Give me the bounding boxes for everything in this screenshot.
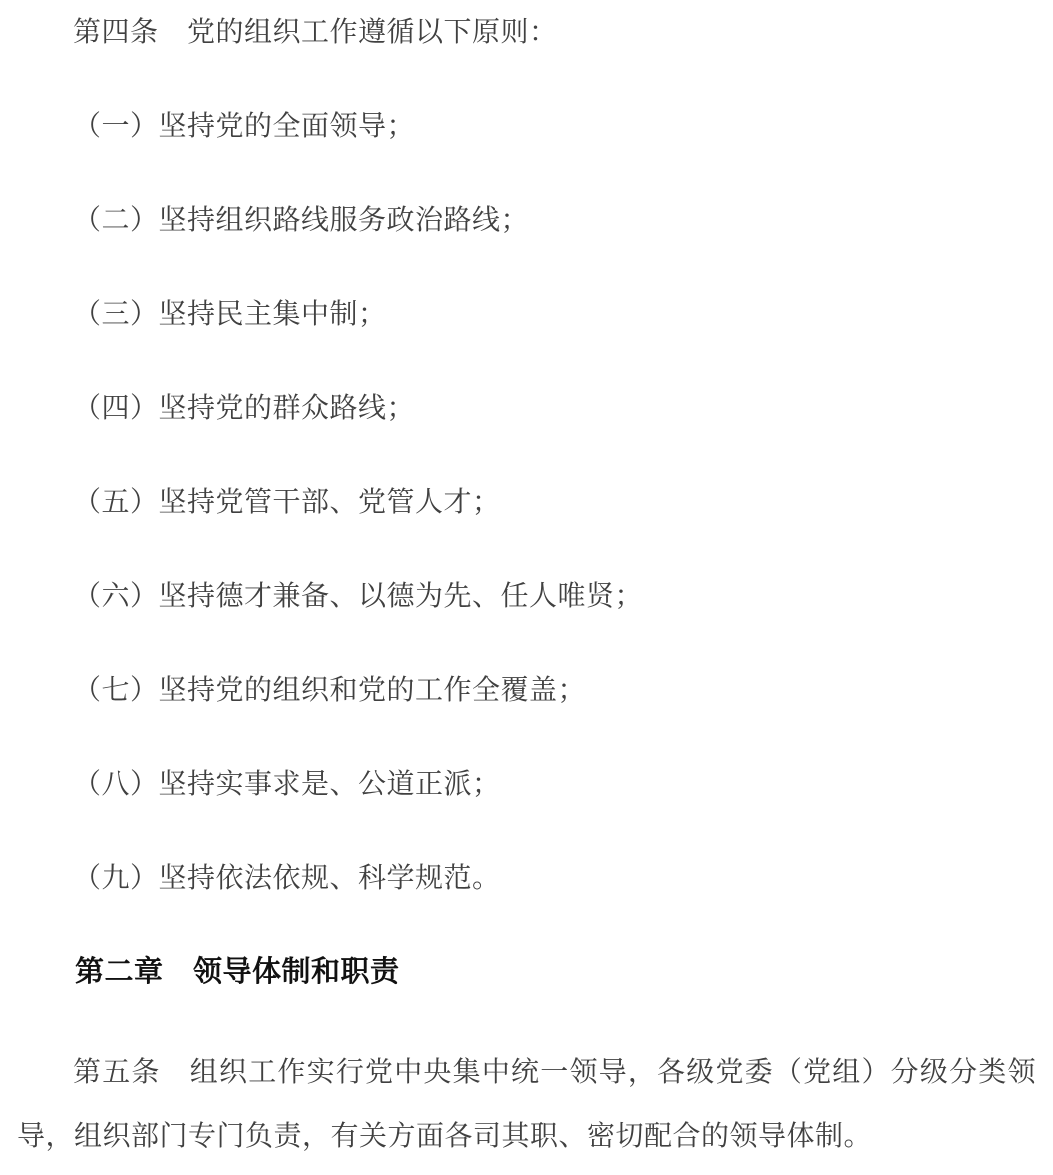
- principle-item-2: （二）坚持组织路线服务政治路线；: [17, 188, 1036, 252]
- principle-item-8: （八）坚持实事求是、公道正派；: [17, 752, 1036, 816]
- principle-item-1: （一）坚持党的全面领导；: [17, 94, 1036, 158]
- principle-item-6: （六）坚持德才兼备、以德为先、任人唯贤；: [17, 564, 1036, 628]
- document-body: 第四条 党的组织工作遵循以下原则： （一）坚持党的全面领导； （二）坚持组织路线…: [0, 0, 1053, 1168]
- principle-item-7: （七）坚持党的组织和党的工作全覆盖；: [17, 658, 1036, 722]
- principle-item-3: （三）坚持民主集中制；: [17, 282, 1036, 346]
- article-4-intro: 第四条 党的组织工作遵循以下原则：: [17, 0, 1036, 64]
- article-5-paragraph: 第五条 组织工作实行党中央集中统一领导，各级党委（党组）分级分类领导，组织部门专…: [17, 1040, 1036, 1168]
- principle-item-4: （四）坚持党的群众路线；: [17, 376, 1036, 440]
- chapter-2-heading: 第二章 领导体制和职责: [17, 940, 1036, 1004]
- principle-item-9: （九）坚持依法依规、科学规范。: [17, 846, 1036, 910]
- principle-item-5: （五）坚持党管干部、党管人才；: [17, 470, 1036, 534]
